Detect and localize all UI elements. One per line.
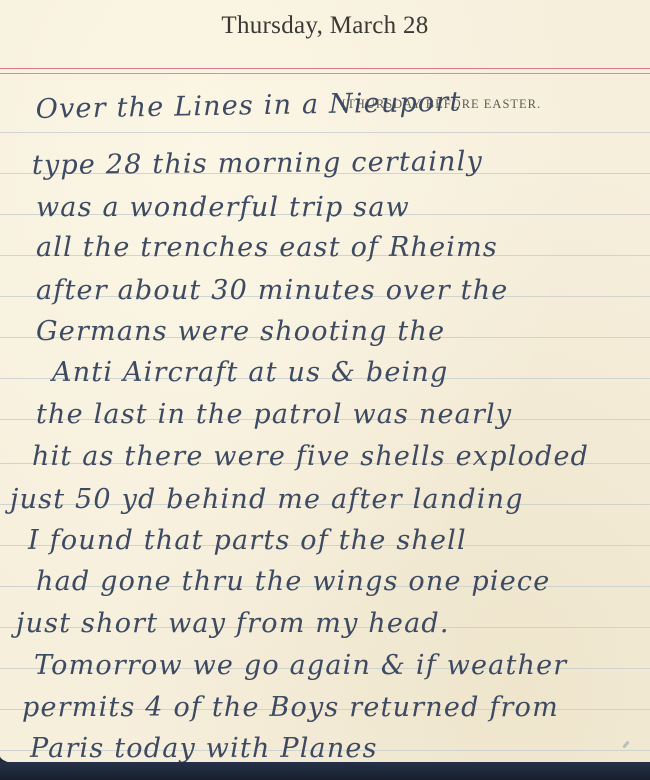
entry-line-3: was a wonderful trip saw: [36, 192, 410, 223]
book-binding-edge: [0, 762, 650, 780]
entry-line-2: type 28 this morning certainly: [32, 146, 483, 181]
entry-line-11: I found that parts of the shell: [28, 525, 467, 556]
diary-page: Thursday, March 28 [THURSDAY BEFORE EAST…: [0, 0, 650, 766]
entry-line-10: just 50 yd behind me after landing: [10, 484, 524, 515]
entry-line-7: Anti Aircraft at us & being: [52, 357, 449, 388]
page-corner-mark: [622, 740, 629, 748]
entry-line-13: just short way from my head.: [16, 608, 450, 639]
header-red-rule-bottom: [0, 73, 650, 74]
entry-line-16: Paris today with Planes: [30, 733, 378, 764]
date-heading: Thursday, March 28: [0, 12, 650, 40]
header-red-rule-top: [0, 68, 650, 69]
entry-line-6: Germans were shooting the: [36, 316, 445, 347]
entry-line-15: permits 4 of the Boys returned from: [22, 692, 559, 723]
entry-line-12: had gone thru the wings one piece: [36, 566, 550, 597]
entry-line-9: hit as there were five shells exploded: [32, 441, 589, 472]
entry-line-8: the last in the patrol was nearly: [36, 399, 512, 430]
entry-line-4: all the trenches east of Rheims: [36, 232, 498, 263]
entry-line-1: Over the Lines in a Nieuport: [35, 87, 461, 125]
ruled-line: [0, 132, 650, 133]
entry-line-14: Tomorrow we go again & if weather: [34, 650, 567, 681]
entry-line-5: after about 30 minutes over the: [36, 275, 508, 306]
